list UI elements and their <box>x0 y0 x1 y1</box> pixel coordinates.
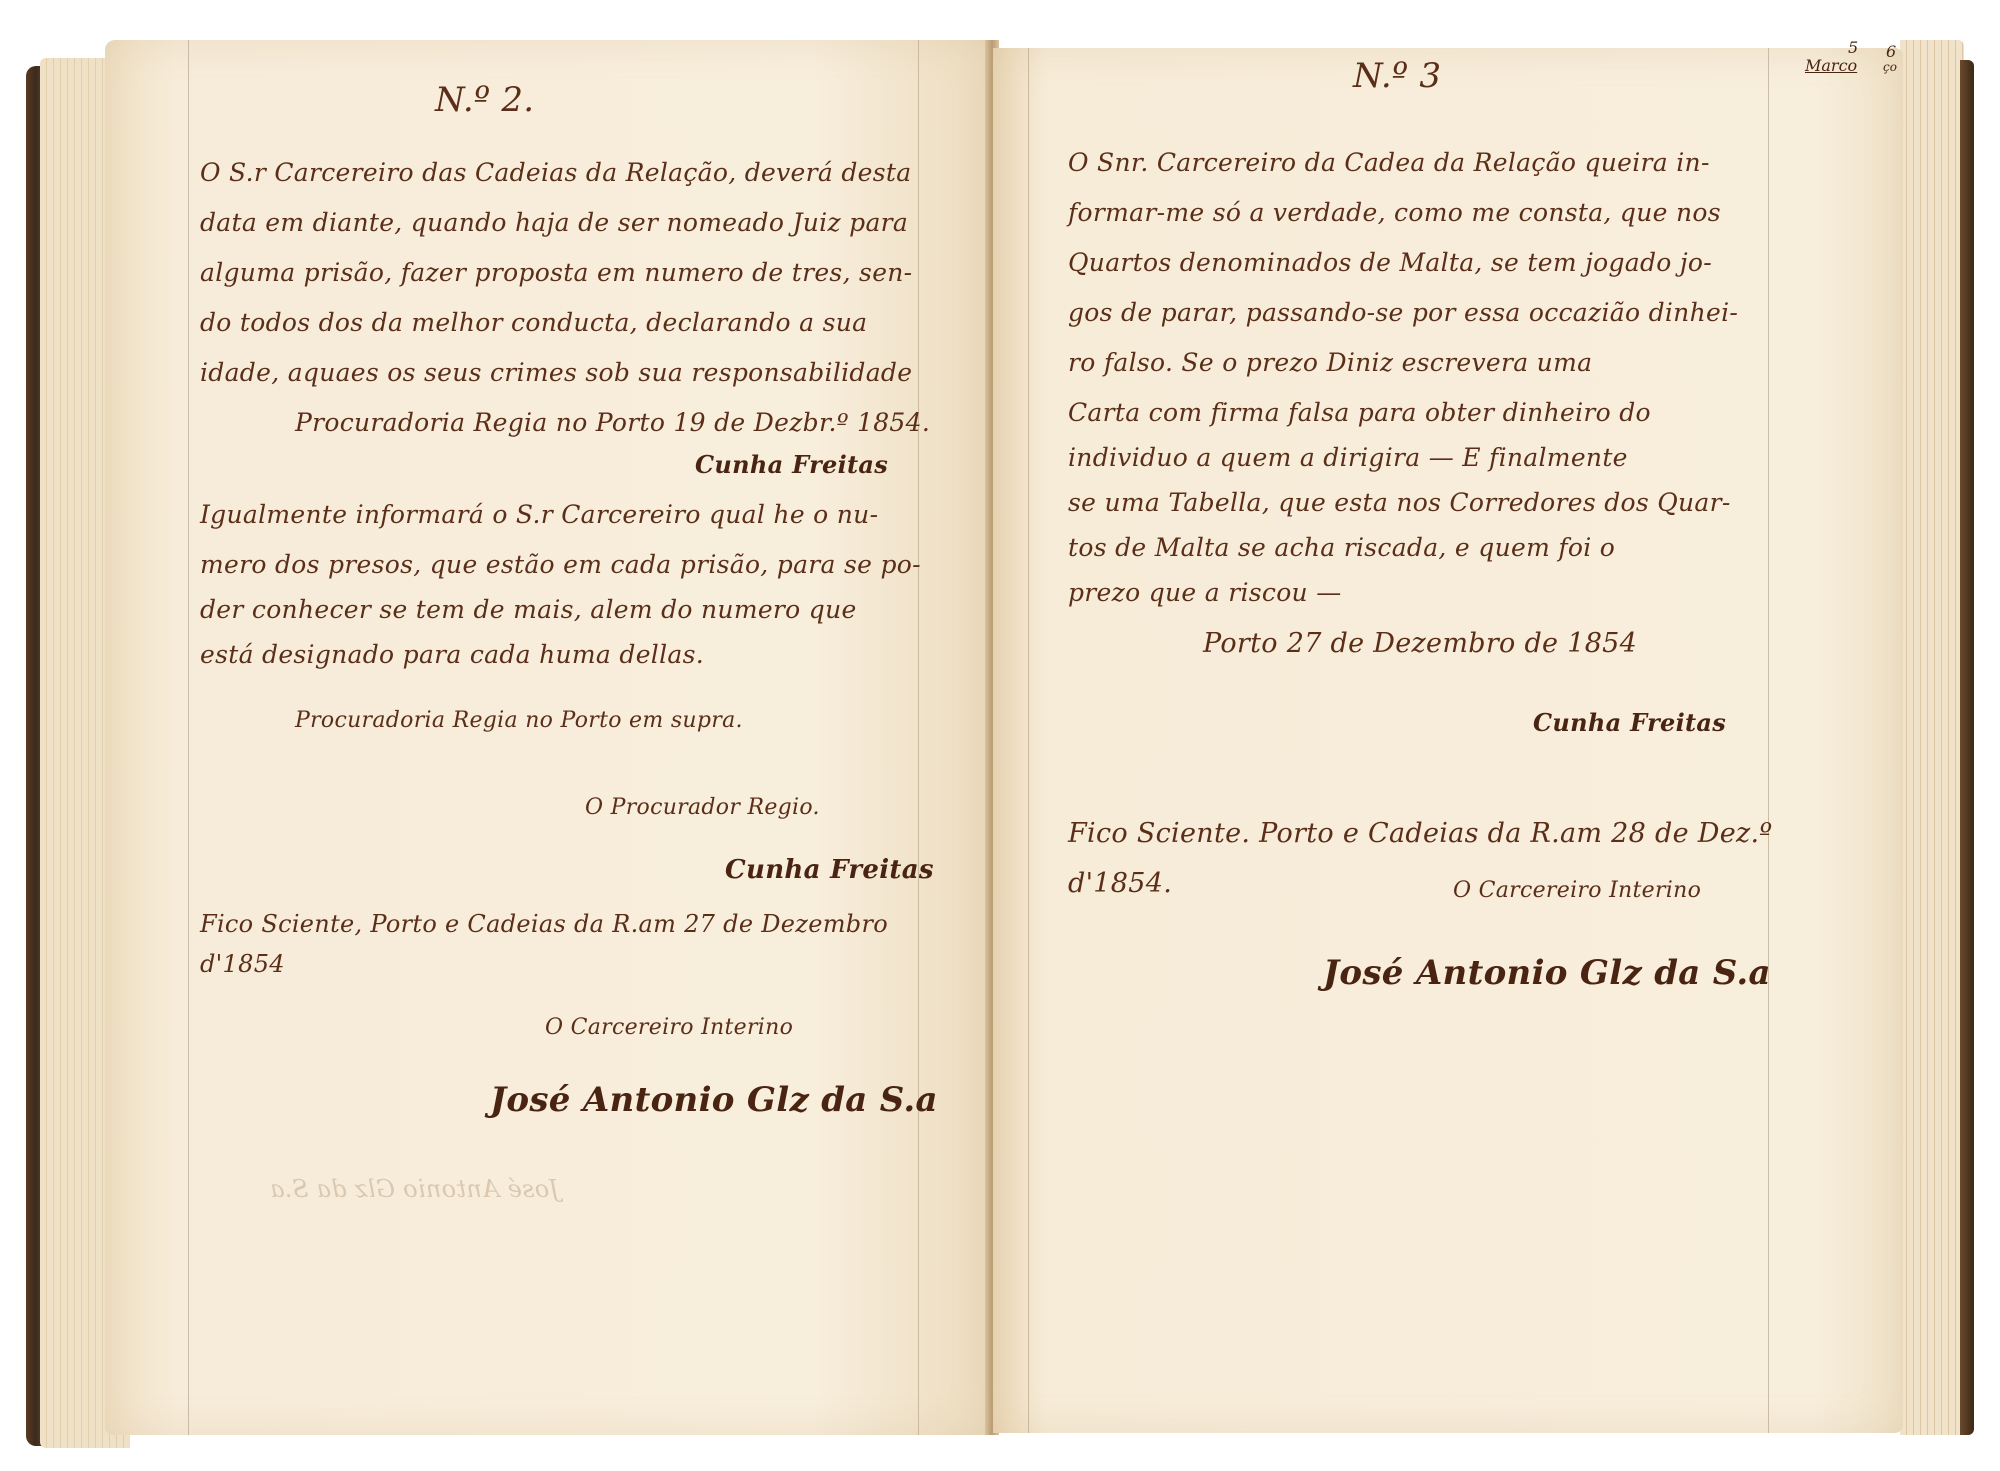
left-reply-title: O Carcereiro Interino <box>545 1015 793 1040</box>
right-body-line: gos de parar, passando-se por essa occaz… <box>1068 298 1738 327</box>
left-closing-title: O Procurador Regio. <box>585 795 820 820</box>
page-tab-label: Marco <box>1805 56 1857 75</box>
right-body-line: ro falso. Se o prezo Diniz escrevera uma <box>1068 348 1592 377</box>
margin-rule-left <box>188 40 189 1435</box>
right-body-line: individuo a quem a dirigira — E finalmen… <box>1068 443 1628 472</box>
right-reply-signature: José Antonio Glz da S.a <box>1323 953 1771 993</box>
right-reply-line-1: Fico Sciente. Porto e Cadeias da R.am 28… <box>1068 818 1772 849</box>
left-page-heading: N.º 2. <box>435 80 534 120</box>
left-date-line-1: Procuradoria Regia no Porto 19 de Dezbr.… <box>295 408 930 437</box>
page-stack-right <box>1900 40 1964 1435</box>
left-signature-1: Cunha Freitas <box>695 450 888 479</box>
left-body-line: do todos dos da melhor conducta, declara… <box>200 308 867 337</box>
next-page-tab-label: ço <box>1883 60 1897 74</box>
right-date-line: Porto 27 de Dezembro de 1854 <box>1203 628 1637 659</box>
left-reply-line-2: d'1854 <box>200 950 285 978</box>
right-body-line: Carta com firma falsa para obter dinheir… <box>1068 398 1651 427</box>
left-page: N.º 2. O S.r Carcereiro das Cadeias da R… <box>105 40 990 1435</box>
next-page-number: 6 <box>1886 42 1896 61</box>
right-body-line: O Snr. Carcereiro da Cadea da Relação qu… <box>1068 148 1710 177</box>
left-body2-line: Igualmente informará o S.r Carcereiro qu… <box>200 500 878 529</box>
margin-rule-right <box>1768 48 1769 1433</box>
left-body-line: data em diante, quando haja de ser nomea… <box>200 208 908 237</box>
left-body-line: alguma prisão, fazer proposta em numero … <box>200 258 912 287</box>
left-body2-line: der conhecer se tem de mais, alem do num… <box>200 595 857 624</box>
right-page: N.º 3 5 Marco 6 ço O Snr. Carcereiro da … <box>993 48 1903 1433</box>
left-body-line: idade, aquaes os seus crimes sob sua res… <box>200 358 912 387</box>
right-body-line: formar-me só a verdade, como me consta, … <box>1068 198 1721 227</box>
right-reply-title: O Carcereiro Interino <box>1453 878 1701 903</box>
left-body2-line: mero dos presos, que estão em cada prisã… <box>200 550 921 579</box>
left-reply-signature: José Antonio Glz da S.a <box>490 1080 938 1120</box>
right-body-line: prezo que a riscou — <box>1068 578 1342 607</box>
left-body-line: O S.r Carcereiro das Cadeias da Relação,… <box>200 158 911 187</box>
left-reply-line-1: Fico Sciente, Porto e Cadeias da R.am 27… <box>200 910 888 938</box>
right-signature: Cunha Freitas <box>1533 708 1726 737</box>
margin-rule-right <box>918 40 919 1435</box>
bleed-through-text: José Antonio Glz da S.a <box>270 1175 559 1203</box>
margin-rule-left <box>1028 48 1029 1433</box>
book-cover-right-edge <box>1960 60 1974 1435</box>
left-signature-2: Cunha Freitas <box>725 855 934 885</box>
right-body-line: se uma Tabella, que esta nos Corredores … <box>1068 488 1731 517</box>
open-ledger: N.º 2. O S.r Carcereiro das Cadeias da R… <box>0 0 2000 1471</box>
right-page-heading: N.º 3 <box>1353 56 1441 96</box>
page-number: 5 <box>1848 38 1858 57</box>
left-date-line-2: Procuradoria Regia no Porto em supra. <box>295 708 743 733</box>
right-body-line: Quartos denominados de Malta, se tem jog… <box>1068 248 1712 277</box>
right-reply-line-2: d'1854. <box>1068 868 1172 899</box>
left-body2-line: está designado para cada huma dellas. <box>200 640 704 669</box>
right-body-line: tos de Malta se acha riscada, e quem foi… <box>1068 533 1615 562</box>
